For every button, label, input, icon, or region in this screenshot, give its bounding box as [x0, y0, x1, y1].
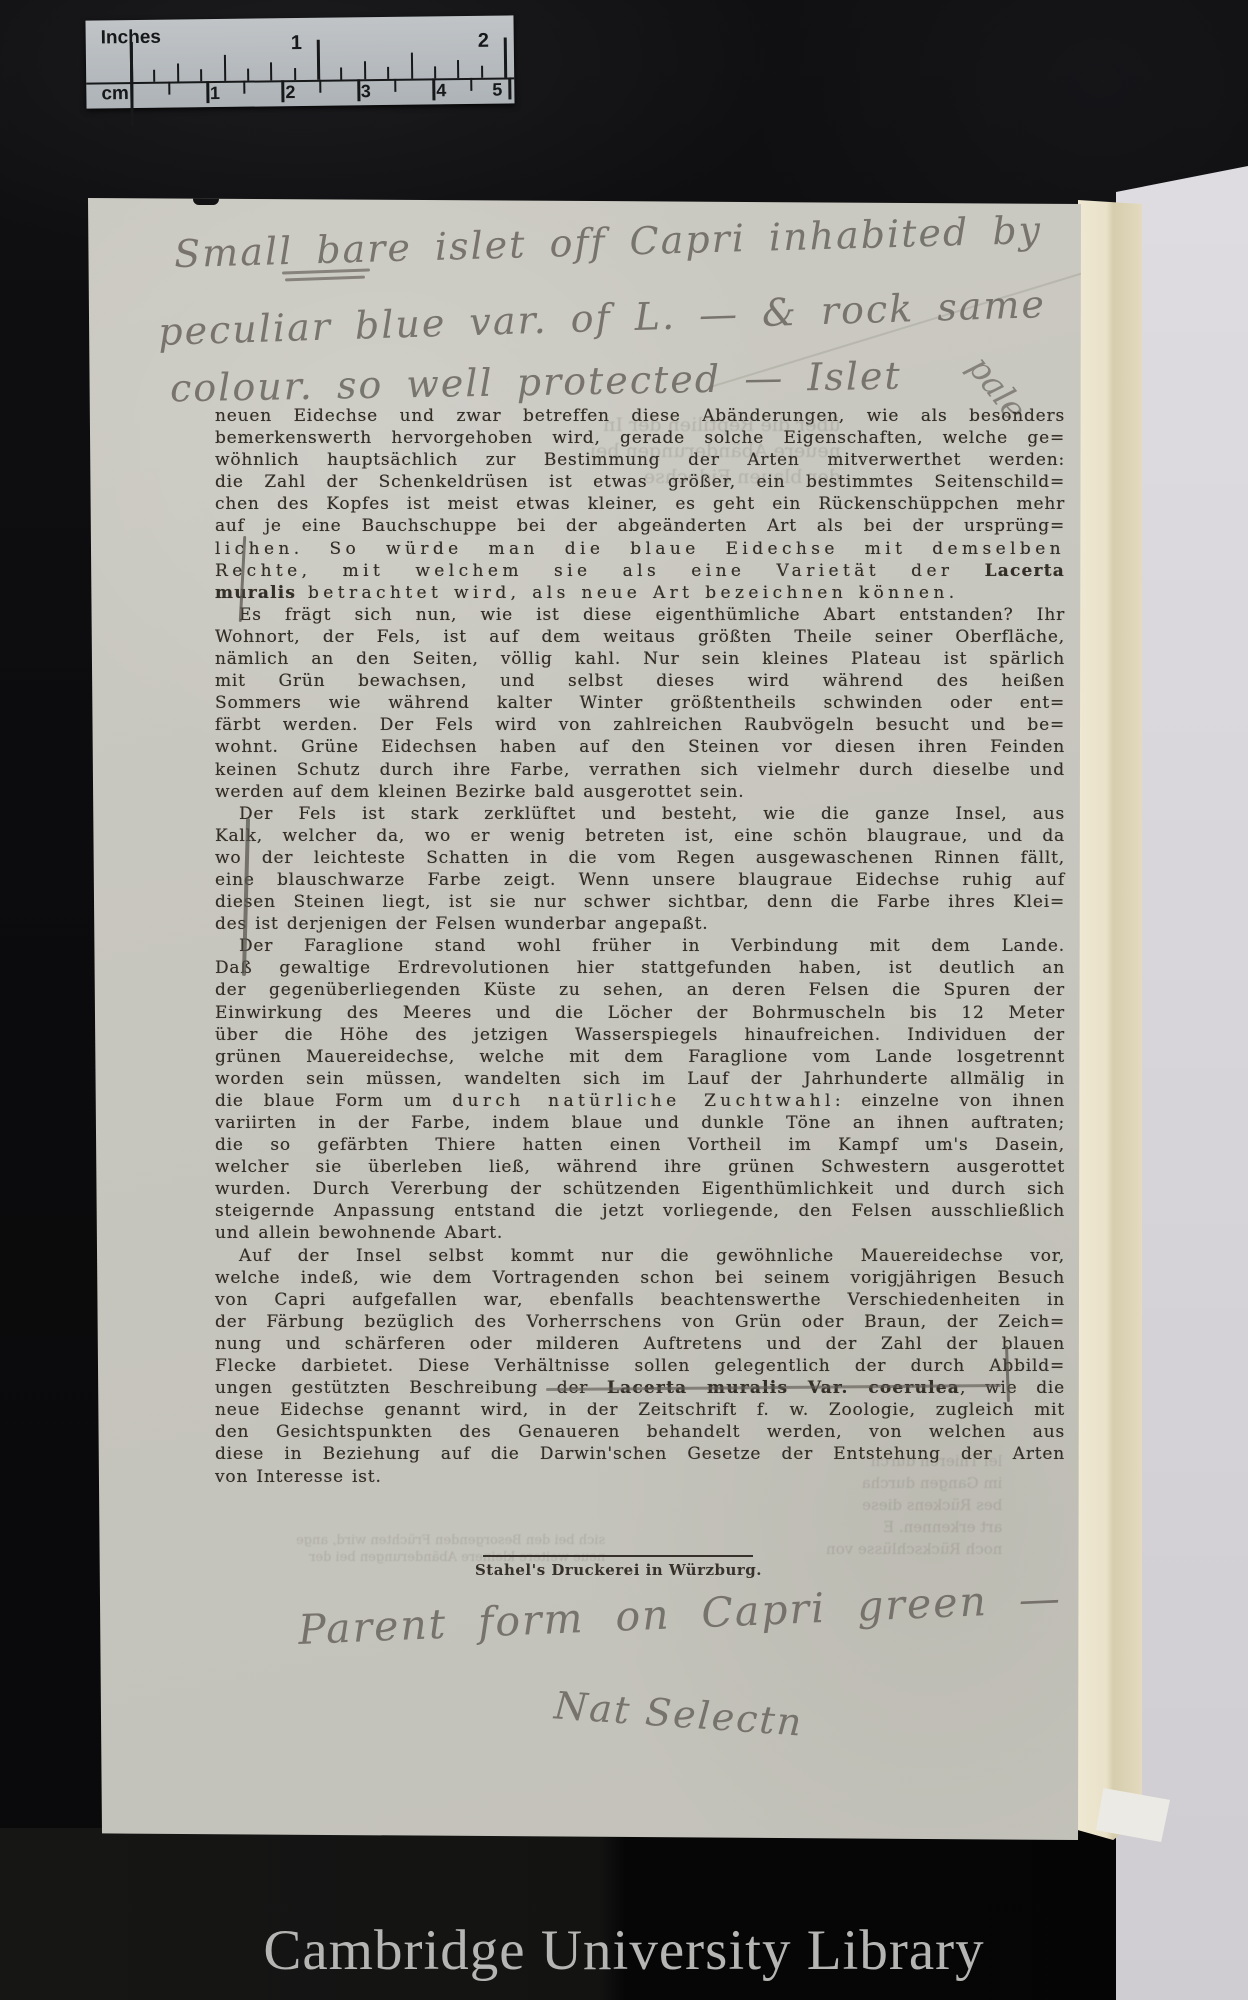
ruler-cm-number: 1: [210, 83, 220, 104]
printed-line: wurden. Durch Vererbung der schützenden …: [215, 1178, 1065, 1200]
ruler-tick: [168, 82, 170, 95]
ruler-tick: [357, 79, 360, 101]
printed-line: welche indeß, wie dem Vortragenden schon…: [215, 1267, 1065, 1289]
printed-line: Auf der Insel selbst kommt nur die gewöh…: [215, 1245, 1065, 1267]
printed-line: Flecke darbietet. Diese Verhältnisse sol…: [215, 1355, 1065, 1377]
printed-line: werden auf dem kleinen Bezirke bald ausg…: [215, 781, 1065, 803]
handwritten-note-top-line2: peculiar blue var. of L. — & rock same: [158, 282, 1047, 354]
printed-line: Wohnort, der Fels, ist auf dem weitaus g…: [215, 626, 1065, 648]
ruler-inch-number: 2: [478, 30, 489, 53]
ruler-tick: [243, 81, 245, 94]
printed-line: nung und schärferen oder milderen Auftre…: [215, 1333, 1065, 1355]
handwritten-note-bottom-line2: Nat Selectn: [553, 1683, 805, 1744]
ruler-tick: [319, 80, 321, 93]
ruler-tick: [281, 80, 284, 102]
handwritten-note-bottom-line1: Parent form on Capri green —: [297, 1574, 1062, 1654]
printed-line: nämlich an den Seiten, völlig kahl. Nur …: [215, 648, 1065, 670]
printed-line: von Capri aufgefallen war, ebenfalls bea…: [215, 1289, 1065, 1311]
printed-line: wohnt. Grüne Eidechsen haben auf den Ste…: [215, 736, 1065, 758]
ruler-tick: [130, 42, 134, 126]
printed-line: und allein bewohnende Abart.: [215, 1222, 1065, 1244]
page-fold-strip: [1078, 200, 1142, 1840]
printed-line: die Zahl der Schenkeldrüsen ist etwas gr…: [215, 471, 1065, 493]
document-page: über die Reptilien der Inneuere Abänderu…: [86, 198, 1081, 1840]
ruler-tick: [270, 62, 272, 80]
ruler-tick: [387, 67, 389, 79]
printed-line: keinen Schutz durch ihre Farbe, verrathe…: [215, 759, 1065, 781]
ruler-tick: [508, 77, 511, 99]
ruler-tick: [434, 66, 436, 78]
printed-line: eine blauschwarze Farbe zeigt. Wenn unse…: [215, 869, 1065, 891]
pencil-underline-bare-2: [285, 276, 365, 282]
measurement-ruler: Inches cm 1212345: [85, 15, 514, 108]
printed-line: diese in Beziehung auf die Darwin'schen …: [215, 1443, 1065, 1465]
ruler-cm-number: 2: [285, 82, 295, 103]
printed-line: lichen. So würde man die blaue Eidechse …: [215, 538, 1065, 560]
printed-line: Kalk, welcher da, wo er wenig betreten i…: [215, 825, 1065, 847]
photographed-document: Inches cm 1212345 über die Reptilien der…: [0, 0, 1248, 2000]
printed-text: neuen Eidechse und zwar betreffen diese …: [215, 405, 1065, 1488]
ruler-tick: [206, 81, 209, 103]
ruler-tick: [457, 60, 459, 78]
printed-line: wo der leichteste Schatten in die vom Re…: [215, 847, 1065, 869]
ruler-tick: [294, 68, 296, 80]
ruler-tick: [394, 79, 396, 92]
ruler-cm-number: 5: [492, 80, 502, 101]
printed-line: grünen Mauereidechse, welche mit dem Far…: [215, 1046, 1065, 1068]
ruler-tick: [223, 55, 225, 81]
ruler-tick: [200, 69, 202, 81]
printed-line: von Interesse ist.: [215, 1466, 1065, 1488]
printed-line: der gegenüberliegenden Küste zu sehen, a…: [215, 979, 1065, 1001]
handwritten-note-top-line1: Small bare islet off Capri inhabited by: [174, 208, 1043, 276]
ruler-cm-number: 3: [361, 81, 371, 102]
printed-line: über die Höhe des jetzigen Wasserspiegel…: [215, 1024, 1065, 1046]
printed-line: muralis betrachtet wird, als neue Art be…: [215, 582, 1065, 604]
printed-line: auf je eine Bauchschuppe bei der abgeänd…: [215, 515, 1065, 537]
ruler-tick: [364, 61, 366, 79]
ruler-tick: [317, 40, 320, 80]
ruler-tick: [432, 78, 435, 100]
ruler-cm-label: cm: [101, 83, 129, 105]
printed-line: der Färbung bezüglich des Vorherrschens …: [215, 1311, 1065, 1333]
printer-imprint: Stahel's Druckerei in Würzburg.: [466, 1561, 771, 1579]
ruler-tick: [153, 70, 155, 82]
ruler-tick: [481, 66, 483, 78]
printed-line: neue Eidechse genannt wird, in der Zeits…: [215, 1399, 1065, 1421]
printed-line: worden sein müssen, wandelten sich im La…: [215, 1068, 1065, 1090]
printed-line: mit Grün bewachsen, und selbst dieses wi…: [215, 670, 1065, 692]
printed-line: Rechte, mit welchem sie als eine Varietä…: [215, 560, 1065, 582]
ruler-cm-number: 4: [436, 80, 446, 101]
printed-line: Sommers wie während kalter Winter größte…: [215, 692, 1065, 714]
printed-line: neuen Eidechse und zwar betreffen diese …: [215, 405, 1065, 427]
printed-line: diesen Steinen liegt, ist sie nur schwer…: [215, 891, 1065, 913]
printed-line: Einwirkung des Meeres und die Löcher der…: [215, 1002, 1065, 1024]
ruler-tick: [470, 78, 472, 91]
printed-line: welcher sie überleben ließ, während ihre…: [215, 1156, 1065, 1178]
printed-line: steigernde Anpassung entstand die jetzt …: [215, 1200, 1065, 1222]
printed-line: färbt werden. Der Fels wird von zahlreic…: [215, 714, 1065, 736]
page-top-notch: [193, 198, 219, 205]
ruler-tick: [177, 63, 179, 81]
ruler-tick: [340, 67, 342, 79]
printed-line: des ist derjenigen der Felsen wunderbar …: [215, 913, 1065, 935]
printed-line: Der Fels ist stark zerklüftet und besteh…: [215, 803, 1065, 825]
ruler-midline: [86, 77, 514, 84]
library-credit: Cambridge University Library: [0, 1918, 1248, 1983]
ruler-tick: [410, 53, 412, 79]
printed-line: bemerkenswerth hervorgehoben wird, gerad…: [215, 427, 1065, 449]
printed-line: die blaue Form um durch natürliche Zucht…: [215, 1090, 1065, 1112]
printed-line: wöhnlich hauptsächlich zur Bestimmung de…: [215, 449, 1065, 471]
printed-line: Daß gewaltige Erdrevolutionen hier statt…: [215, 957, 1065, 979]
printed-line: die so gefärbten Thiere hatten einen Vor…: [215, 1134, 1065, 1156]
printed-line: Es frägt sich nun, wie ist diese eigenth…: [215, 604, 1065, 626]
ruler-tick: [504, 37, 507, 77]
printed-line: chen des Kopfes ist meist etwas kleiner,…: [215, 493, 1065, 515]
printed-line: variirten in der Farbe, indem blaue und …: [215, 1112, 1065, 1134]
printer-rule: [483, 1555, 753, 1557]
printed-line: Der Faraglione stand wohl früher in Verb…: [215, 935, 1065, 957]
printed-line: den Gesichtspunkten des Genaueren behand…: [215, 1421, 1065, 1443]
ruler-tick: [247, 69, 249, 81]
ruler-inch-number: 1: [291, 32, 302, 55]
handwritten-note-top-line3: colour. so well protected — Islet: [170, 354, 902, 411]
